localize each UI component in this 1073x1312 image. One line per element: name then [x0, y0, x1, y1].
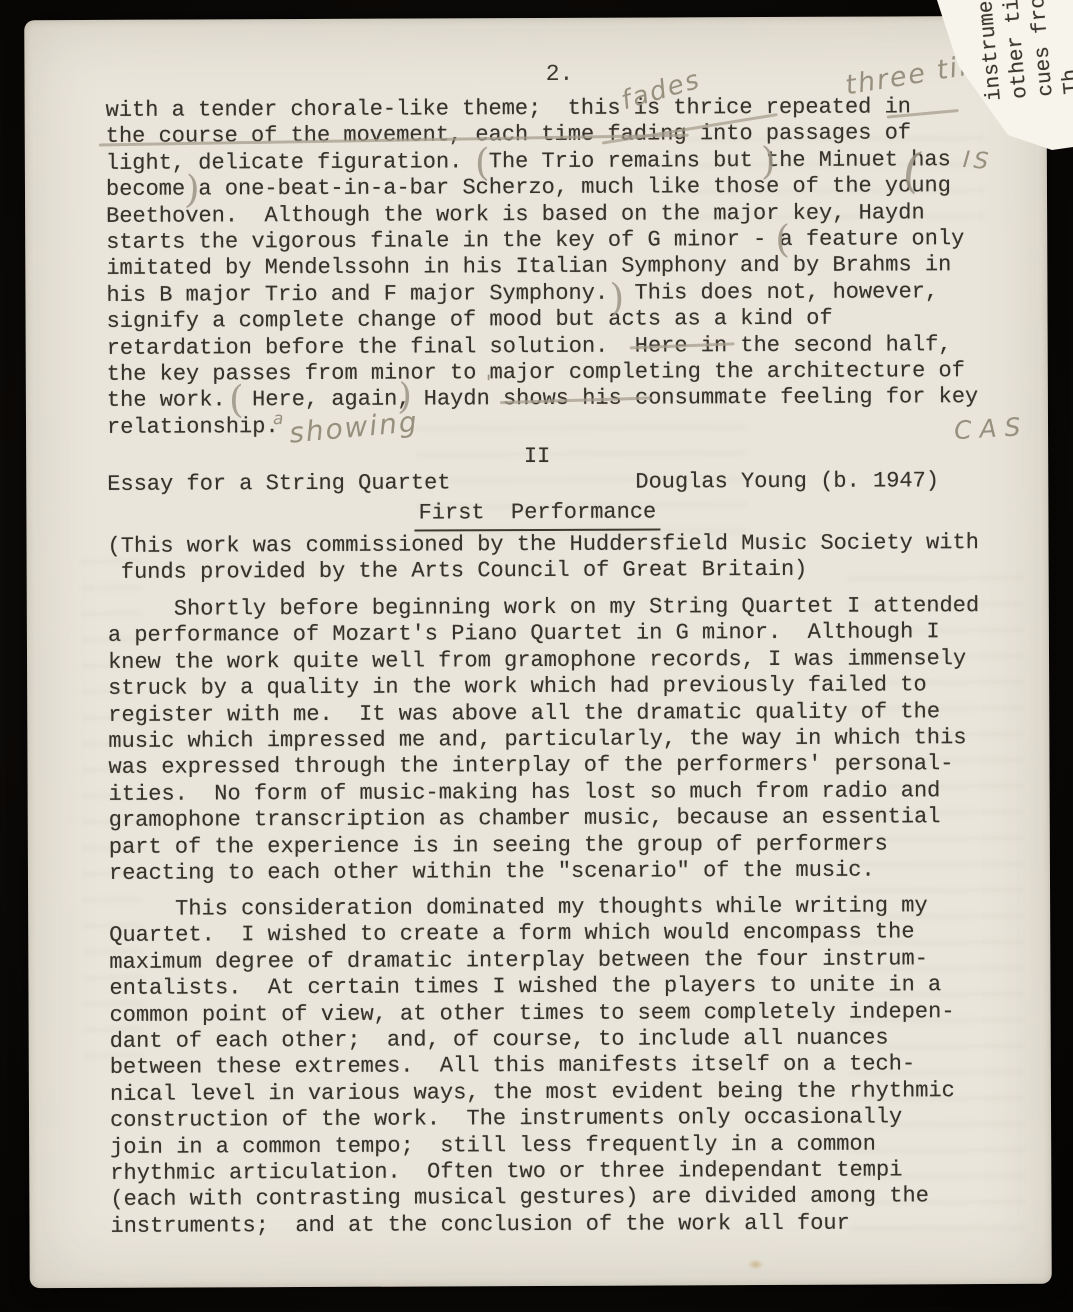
typed-line: common point of view, at other times to …	[110, 999, 955, 1029]
typed-line: maximum degree of dramatic interplay bet…	[109, 946, 954, 976]
handwritten-cas-mark: CAS	[953, 412, 1029, 445]
pencil-paren-open: (	[229, 377, 244, 421]
typed-line: imitated by Mendelssohn in his Italian S…	[106, 253, 977, 283]
typed-line: with a tender chorale-like theme; this i…	[106, 94, 977, 124]
handwritten-insert-mark: a	[273, 409, 286, 429]
typed-line: starts the vigorous finale in the key of…	[106, 226, 977, 256]
pencil-paren-open: (	[775, 217, 790, 261]
paper-stain	[748, 1259, 764, 1270]
handwritten-is-mark: IS	[962, 147, 993, 175]
bleedthrough-smudge	[82, 560, 144, 1060]
typed-line: entalists. At certain times I wished the…	[109, 972, 954, 1002]
fold-typed-text: instrumeother ticues froTh	[974, 0, 1073, 102]
pencil-paren-open: (	[475, 140, 490, 184]
pencil-paren-close: )	[761, 139, 776, 183]
bleedthrough-smudge	[416, 425, 746, 536]
paragraph-3: This consideration dominated my thoughts…	[109, 893, 955, 1240]
pencil-paren-close: )	[609, 276, 624, 320]
handwritten-caret: '	[486, 370, 494, 394]
typed-line: nical level in various ways, the most ev…	[110, 1078, 955, 1108]
typed-line: (each with contrasting musical gestures)…	[110, 1184, 955, 1214]
typed-line: rhythmic articulation. Often two or thre…	[110, 1157, 955, 1187]
typed-line: instruments; and at the conclusion of th…	[110, 1210, 955, 1240]
bleedthrough-smudge	[685, 136, 985, 227]
typed-line: construction of the work. The instrument…	[110, 1104, 955, 1134]
typed-line: dant of each other; and, of course, to i…	[110, 1025, 955, 1055]
typed-line: join in a common tempo; still less frequ…	[110, 1131, 955, 1161]
bleedthrough-smudge	[847, 576, 1025, 1237]
photo-background: 2. with a tender chorale-like theme; thi…	[0, 0, 1073, 1312]
typed-line: between these extremes. All this manifes…	[110, 1052, 955, 1082]
pencil-paren-close: )	[184, 167, 202, 212]
typed-line: signify a complete change of mood but ac…	[106, 305, 977, 335]
typed-line: This consideration dominated my thoughts…	[109, 893, 954, 923]
typed-line: retardation before the final solution. H…	[107, 332, 978, 362]
typed-line: his B major Trio and F major Symphony. T…	[106, 279, 977, 309]
document-page: 2. with a tender chorale-like theme; thi…	[24, 16, 1052, 1288]
typed-line: Quartet. I wished to create a form which…	[109, 920, 954, 950]
